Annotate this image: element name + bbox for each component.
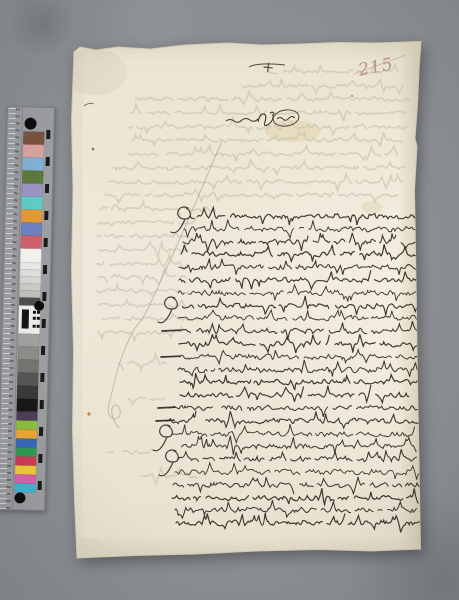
manuscript-photo: + 215 xyxy=(0,0,459,600)
margin-dash xyxy=(162,330,180,331)
margin-dash xyxy=(158,407,175,408)
photo-backdrop: + 215 xyxy=(0,0,459,600)
margin-dash xyxy=(156,420,174,421)
cross-mark-glyph: + xyxy=(261,58,275,77)
margin-dash xyxy=(161,356,180,357)
